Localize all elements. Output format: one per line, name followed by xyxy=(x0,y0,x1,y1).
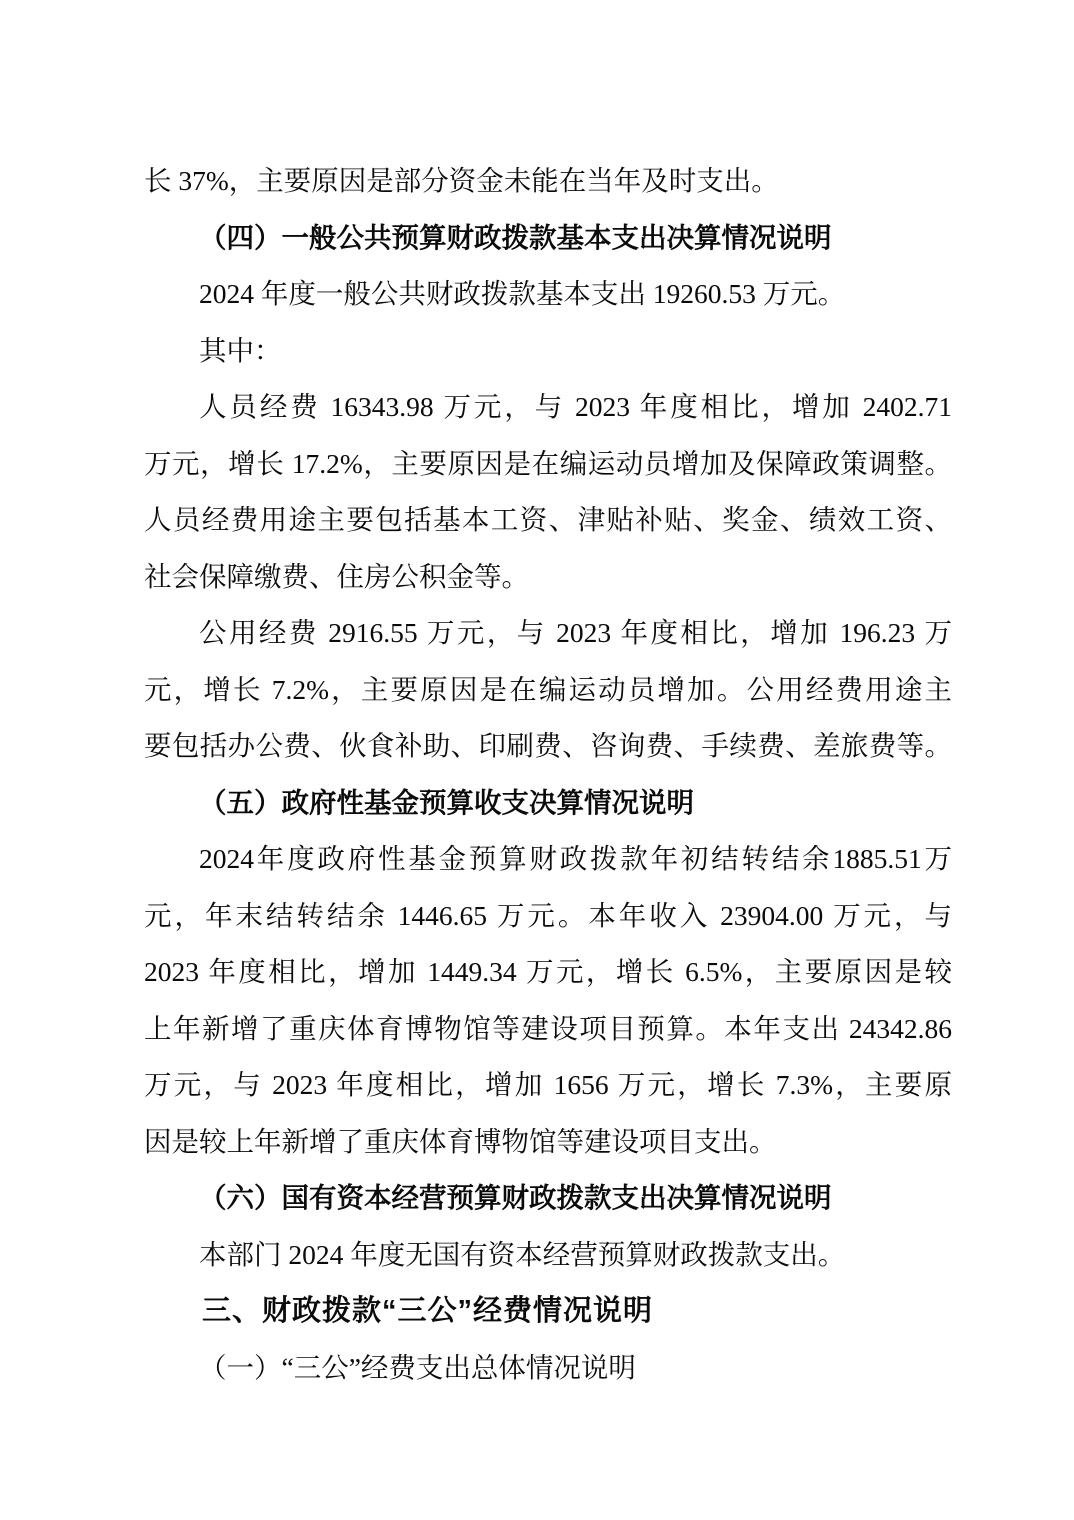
chapter-heading: 三、财政拨款“三公”经费情况说明 xyxy=(144,1283,952,1340)
body-line: 人员经费 16343.98 万元，与 2023 年度相比，增加 2402.71 xyxy=(144,379,952,436)
body-line: 2024年度政府性基金预算财政拨款年初结转结余1885.51万 xyxy=(144,831,952,888)
body-line: 要包括办公费、伙食补助、印刷费、咨询费、手续费、差旅费等。 xyxy=(144,718,952,775)
sub-heading: （一）“三公”经费支出总体情况说明 xyxy=(144,1340,952,1397)
body-line: 2023 年度相比，增加 1449.34 万元，增长 6.5%，主要原因是较 xyxy=(144,944,952,1001)
body-line: 其中： xyxy=(144,323,952,380)
body-line: 社会保障缴费、住房公积金等。 xyxy=(144,549,952,606)
body-line: 万元，增长 17.2%，主要原因是在编运动员增加及保障政策调整。 xyxy=(144,436,952,493)
section-heading: （五）政府性基金预算收支决算情况说明 xyxy=(144,775,952,832)
body-line: 上年新增了重庆体育博物馆等建设项目预算。本年支出 24342.86 xyxy=(144,1001,952,1058)
body-line: 因是较上年新增了重庆体育博物馆等建设项目支出。 xyxy=(144,1114,952,1171)
section-heading: （四）一般公共预算财政拨款基本支出决算情况说明 xyxy=(144,210,952,267)
body-line: 人员经费用途主要包括基本工资、津贴补贴、奖金、绩效工资、 xyxy=(144,492,952,549)
body-line: 元，年末结转结余 1446.65 万元。本年收入 23904.00 万元，与 xyxy=(144,888,952,945)
body-line: 2024 年度一般公共财政拨款基本支出 19260.53 万元。 xyxy=(144,266,952,323)
body-line: 本部门 2024 年度无国有资本经营预算财政拨款支出。 xyxy=(144,1227,952,1284)
section-heading: （六）国有资本经营预算财政拨款支出决算情况说明 xyxy=(144,1170,952,1227)
body-line: 万元，与 2023 年度相比，增加 1656 万元，增长 7.3%，主要原 xyxy=(144,1057,952,1114)
body-line: 长 37%，主要原因是部分资金未能在当年及时支出。 xyxy=(144,153,952,210)
body-line: 公用经费 2916.55 万元，与 2023 年度相比，增加 196.23 万 xyxy=(144,605,952,662)
body-line: 元，增长 7.2%，主要原因是在编运动员增加。公用经费用途主 xyxy=(144,662,952,719)
document-text-block: 长 37%，主要原因是部分资金未能在当年及时支出。（四）一般公共预算财政拨款基本… xyxy=(144,153,952,1396)
